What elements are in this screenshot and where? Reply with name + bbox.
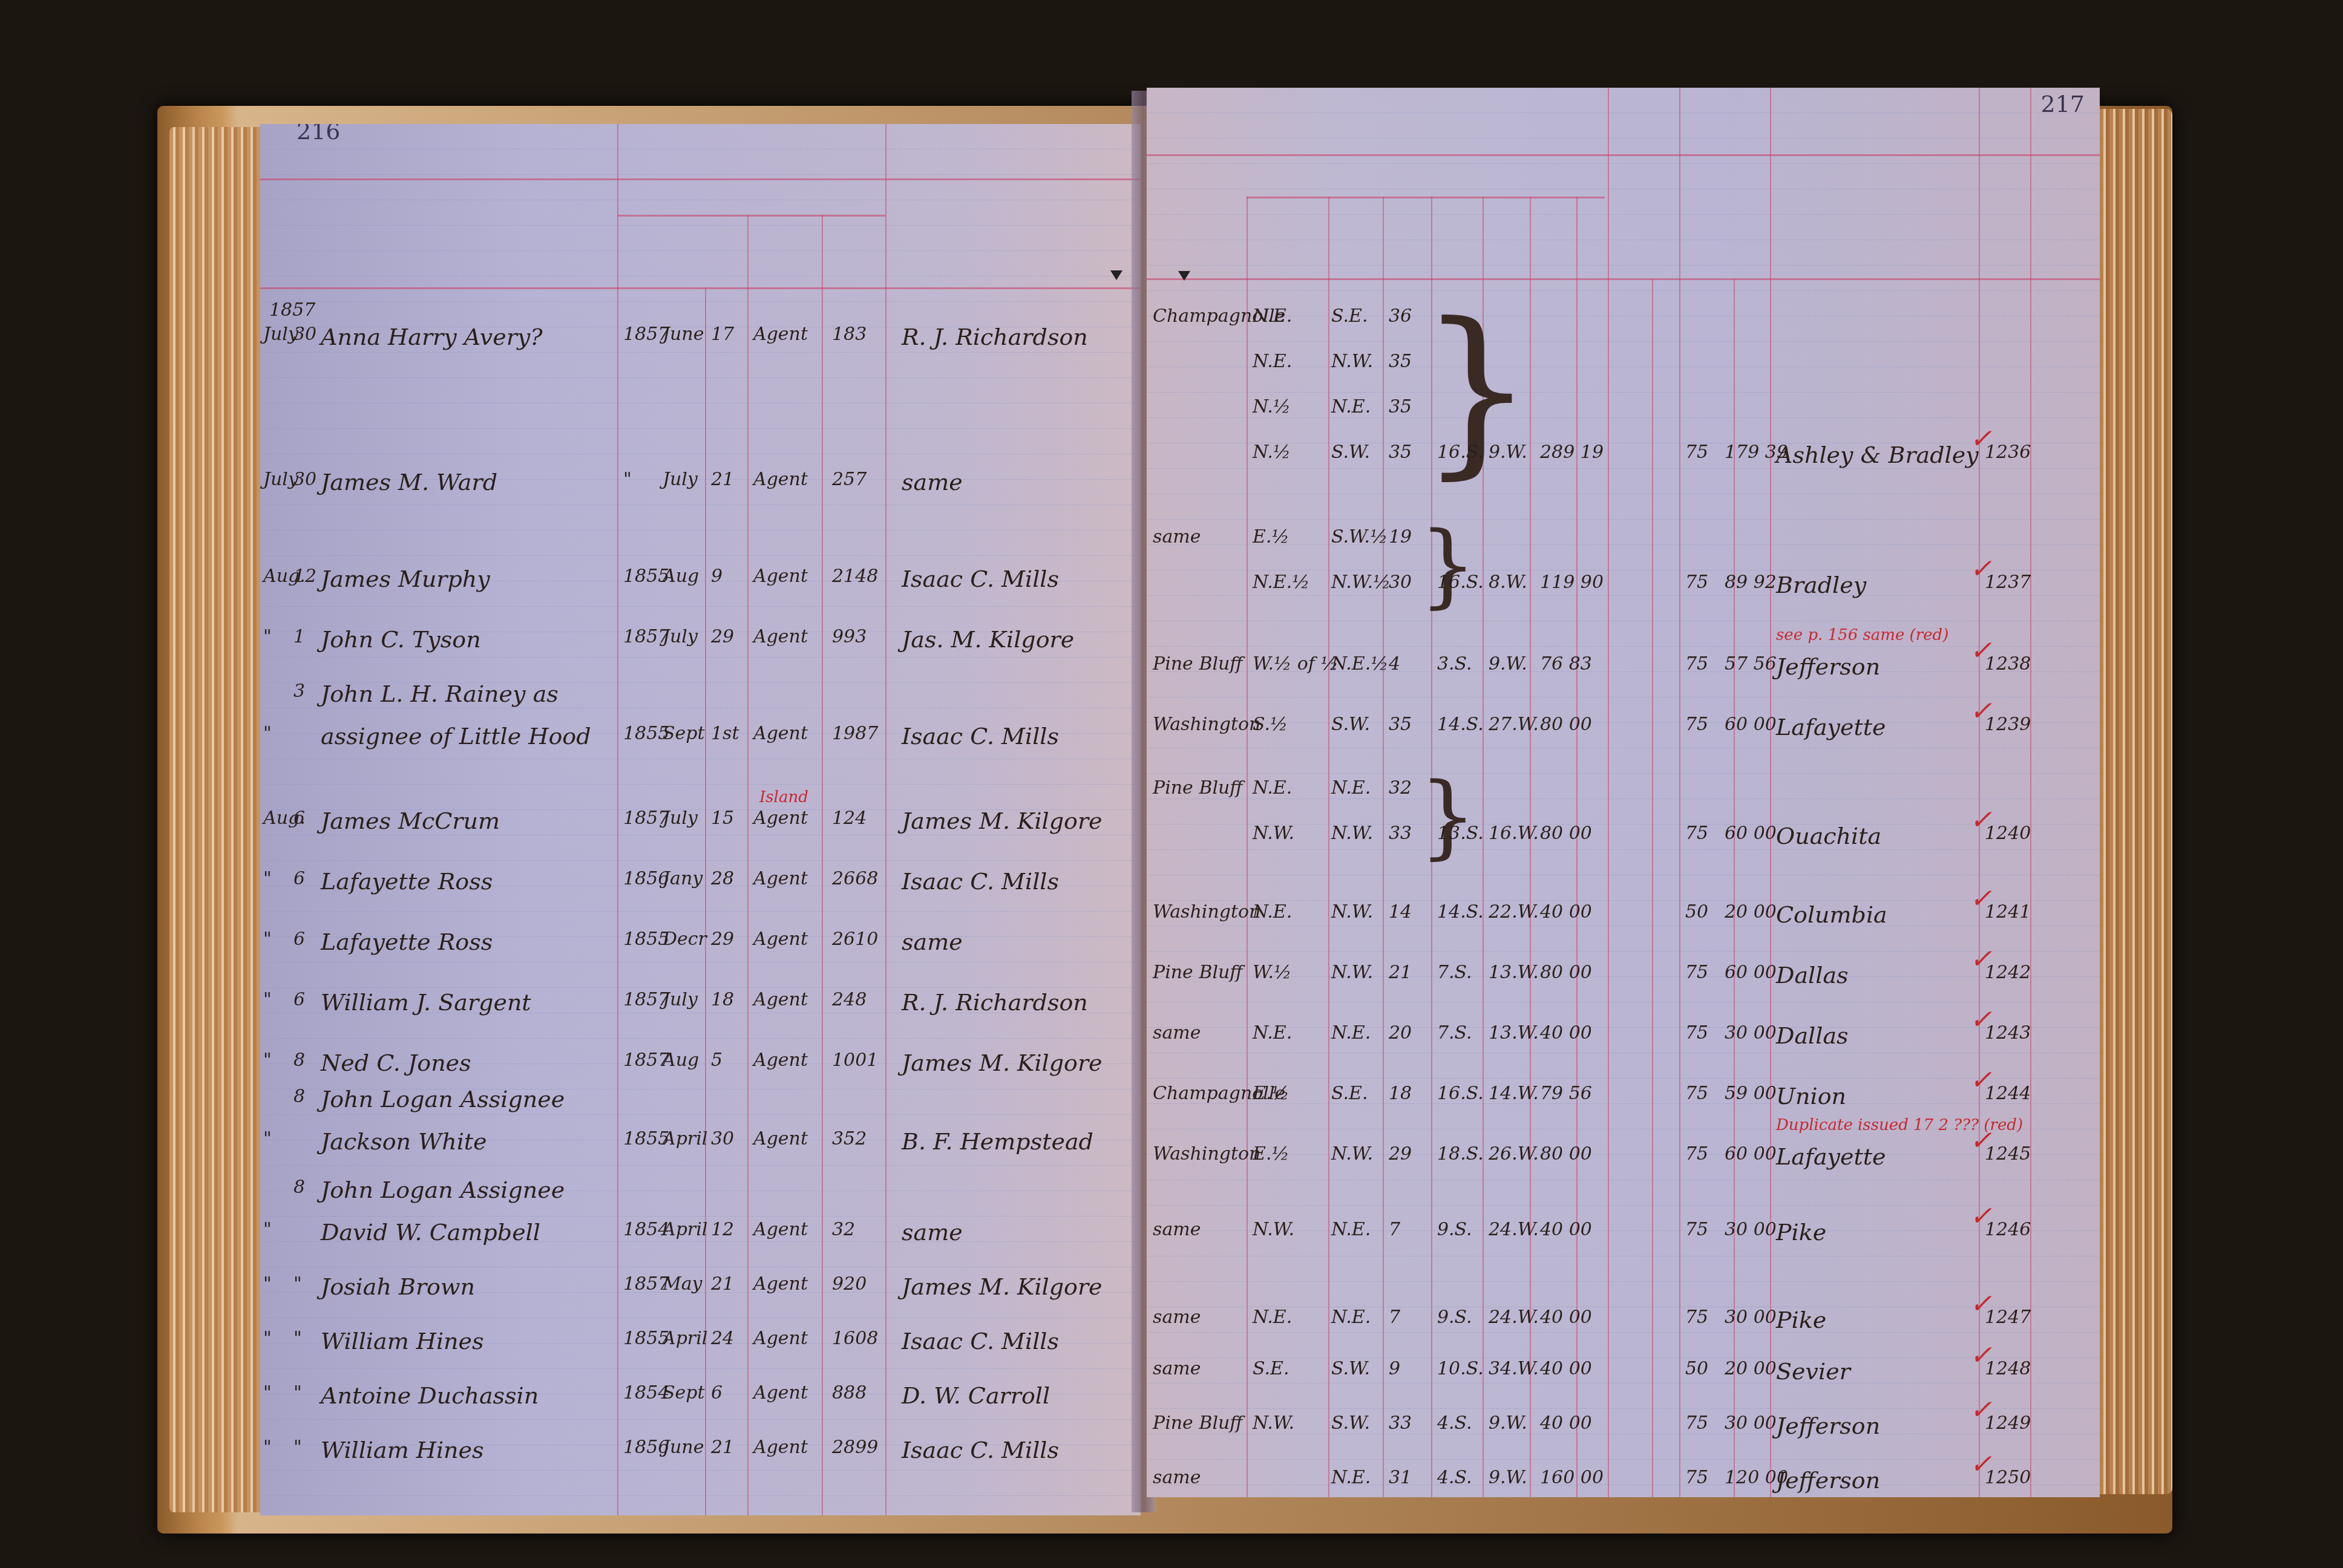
acreage: 40 00 — [1540, 1358, 1592, 1379]
register-name: Isaac C. Mills — [902, 868, 1059, 895]
entry-month: " — [263, 868, 272, 889]
entry-type: Agent — [753, 1328, 808, 1349]
entry-date-day: 15 — [711, 808, 734, 829]
entry-name: William Hines — [321, 1437, 484, 1463]
entry-month: " — [263, 626, 272, 647]
certificate-number: 1001 — [832, 1050, 878, 1071]
section-number: 9 — [1389, 1358, 1400, 1379]
land-office: same — [1153, 526, 1201, 547]
quarter-section: N.W. — [1331, 962, 1373, 983]
price-per-acre: 75 — [1685, 1413, 1708, 1434]
part-of-section: N.E. — [1253, 1307, 1292, 1328]
entry-day: 1 — [293, 626, 305, 647]
entry-date-month: July — [663, 626, 698, 647]
section-number: 14 — [1389, 901, 1412, 923]
column-divider — [1328, 197, 1329, 1497]
entry-name: James M. Ward — [321, 469, 497, 495]
quarter-section: S.W.½ — [1331, 526, 1388, 547]
red-annotation: see p. 156 same (red) — [1776, 626, 1948, 644]
land-office: Pine Bluff — [1153, 1413, 1243, 1434]
acreage: 160 00 — [1540, 1467, 1604, 1488]
part-of-section: S.E. — [1253, 1358, 1289, 1379]
part-of-section: N.E. — [1253, 1022, 1292, 1044]
township: 7.S. — [1437, 1022, 1472, 1044]
acreage: 40 00 — [1540, 1219, 1592, 1240]
certificate-number: 352 — [832, 1128, 867, 1149]
register-name: D. W. Carroll — [902, 1382, 1050, 1409]
entry-type: Agent — [753, 989, 808, 1010]
entry-name: John C. Tyson — [321, 626, 481, 653]
column-divider — [822, 215, 823, 1515]
entry-month: " — [263, 1328, 272, 1349]
entry-date-month: June — [663, 324, 704, 345]
range: 24.W. — [1489, 1219, 1539, 1240]
quarter-section: S.W. — [1331, 442, 1370, 463]
column-divider — [1652, 278, 1653, 1497]
entry-date-day: 9 — [711, 566, 723, 587]
entry-day: " — [293, 1437, 302, 1458]
county: Pike — [1776, 1307, 1826, 1333]
range: 16.W. — [1489, 823, 1539, 844]
range: 9.W. — [1489, 1413, 1527, 1434]
entry-month: " — [263, 1050, 272, 1071]
range: 14.W. — [1489, 1083, 1539, 1104]
header-rule-bottom — [260, 287, 1141, 289]
range: 22.W. — [1489, 901, 1539, 923]
entry-date-day: 6 — [711, 1382, 723, 1403]
price-per-acre: 75 — [1685, 1083, 1708, 1104]
certificate-number: 2148 — [832, 566, 878, 587]
register-name: R. J. Richardson — [902, 989, 1088, 1016]
township: 13.S. — [1437, 823, 1484, 844]
entry-date-month: Sept — [663, 1382, 705, 1403]
acreage: 40 00 — [1540, 1307, 1592, 1328]
quarter-section: N.E. — [1331, 777, 1371, 799]
land-office: same — [1153, 1307, 1201, 1328]
entry-month: " — [263, 723, 272, 744]
price-per-acre: 75 — [1685, 714, 1708, 735]
section-number: 33 — [1389, 1413, 1412, 1434]
entry-date-month: May — [663, 1273, 703, 1295]
range: 9.W. — [1489, 442, 1527, 463]
entry-date-month: Sept — [663, 723, 705, 744]
price-per-acre: 75 — [1685, 442, 1708, 463]
check-mark-icon: ✓ — [1970, 1289, 1992, 1319]
township: 14.S. — [1437, 901, 1484, 923]
section-number: 33 — [1389, 823, 1412, 844]
entry-month: " — [263, 929, 272, 950]
purchase-amount: 30 00 — [1725, 1413, 1777, 1434]
section-number: 30 — [1389, 572, 1412, 593]
quarter-section: N.W. — [1331, 901, 1373, 923]
acreage: 79 56 — [1540, 1083, 1592, 1104]
county: Pike — [1776, 1219, 1826, 1246]
price-per-acre: 50 — [1685, 901, 1708, 923]
section-number: 18 — [1389, 1083, 1412, 1104]
price-per-acre: 75 — [1685, 1143, 1708, 1165]
section-number: 4 — [1389, 653, 1400, 675]
certificate-number: 124 — [832, 808, 867, 829]
register-name: Isaac C. Mills — [902, 1328, 1059, 1354]
row-marker-icon — [1178, 271, 1190, 281]
certificate-number: 257 — [832, 469, 867, 490]
land-office: same — [1153, 1467, 1201, 1488]
register-name: same — [902, 469, 963, 495]
entry-date-month: July — [663, 989, 698, 1010]
entry-name: Lafayette Ross — [321, 868, 493, 895]
entry-name: James McCrum — [321, 808, 500, 834]
entry-month: " — [263, 989, 272, 1010]
township: 18.S. — [1437, 1143, 1484, 1165]
part-of-section: N.E.½ — [1253, 572, 1309, 593]
certificate-number: 993 — [832, 626, 867, 647]
entry-name: Ned C. Jones — [321, 1050, 471, 1076]
entry-type: Agent — [753, 566, 808, 587]
county: Union — [1776, 1083, 1846, 1109]
quarter-section: N.E.½ — [1331, 653, 1388, 675]
certificate-number: 920 — [832, 1273, 867, 1295]
purchase-amount: 20 00 — [1725, 1358, 1777, 1379]
entry-date-day: 24 — [711, 1328, 734, 1349]
quarter-section: N.W. — [1331, 823, 1373, 844]
entry-date-day: 30 — [711, 1128, 734, 1149]
section-number: 35 — [1389, 351, 1412, 372]
certificate-number: 1608 — [832, 1328, 878, 1349]
acreage: 40 00 — [1540, 1022, 1592, 1044]
register-name: same — [902, 1219, 963, 1246]
range: 8.W. — [1489, 572, 1527, 593]
price-per-acre: 75 — [1685, 572, 1708, 593]
check-mark-icon: ✓ — [1970, 1449, 1992, 1480]
county: Jefferson — [1776, 1467, 1880, 1494]
entry-date-day: 28 — [711, 868, 734, 889]
part-of-section: N.W. — [1253, 1413, 1294, 1434]
purchase-amount: 60 00 — [1725, 962, 1777, 983]
range: 9.W. — [1489, 653, 1527, 675]
price-per-acre: 75 — [1685, 1219, 1708, 1240]
check-mark-icon: ✓ — [1970, 696, 1992, 727]
right-page: 217 ChampagnolleN.E.S.E.36N.E.N.W.35N.½N… — [1147, 88, 2100, 1497]
entry-type: Agent — [753, 723, 808, 744]
township: 4.S. — [1437, 1467, 1472, 1488]
register-name: B. F. Hempstead — [902, 1128, 1093, 1155]
entry-month: " — [263, 1273, 272, 1295]
entry-type: Agent — [753, 1050, 808, 1071]
township: 4.S. — [1437, 1413, 1472, 1434]
register-name: Isaac C. Mills — [902, 566, 1059, 592]
entry-name: Anna Harry Avery? — [321, 324, 543, 350]
right-page-edges — [2100, 109, 2172, 1494]
acreage: 80 00 — [1540, 823, 1592, 844]
quarter-section: S.E. — [1331, 1083, 1368, 1104]
section-number: 7 — [1389, 1307, 1400, 1328]
check-mark-icon: ✓ — [1970, 1201, 1992, 1232]
purchase-amount: 30 00 — [1725, 1307, 1777, 1328]
purchase-amount: 20 00 — [1725, 901, 1777, 923]
part-of-section: N.E. — [1253, 901, 1292, 923]
county: Jefferson — [1776, 1413, 1880, 1439]
entry-date-month: June — [663, 1437, 704, 1458]
section-number: 19 — [1389, 526, 1412, 547]
entry-month: " — [263, 1219, 272, 1240]
check-mark-icon: ✓ — [1970, 1065, 1992, 1096]
entry-name-line2: Jackson White — [321, 1128, 487, 1155]
entry-date-day: 12 — [711, 1219, 734, 1240]
page-number-right: 217 — [2040, 91, 2085, 117]
column-divider — [2030, 88, 2031, 1497]
entry-day: 3 — [293, 681, 305, 702]
entry-name: William J. Sargent — [321, 989, 531, 1016]
check-mark-icon: ✓ — [1970, 635, 1992, 666]
entry-type: Agent — [753, 929, 808, 950]
certificate-number: 248 — [832, 989, 867, 1010]
row-marker-icon — [1110, 270, 1122, 280]
entry-date-day: 21 — [711, 1437, 734, 1458]
part-of-section: S.½ — [1253, 714, 1288, 735]
check-mark-icon: ✓ — [1970, 554, 1992, 584]
range: 26.W. — [1489, 1143, 1539, 1165]
left-page-edges — [169, 127, 260, 1512]
entry-month: " — [263, 1382, 272, 1403]
entry-name: James Murphy — [321, 566, 490, 592]
entry-name: John Logan Assignee — [321, 1177, 565, 1203]
acreage: 76 83 — [1540, 653, 1592, 675]
entry-type: Agent — [753, 469, 808, 490]
quarter-section: S.W. — [1331, 1413, 1370, 1434]
brace-glyph: } — [1419, 771, 1476, 862]
check-mark-icon: ✓ — [1970, 1394, 1992, 1425]
township: 10.S. — [1437, 1358, 1484, 1379]
register-name: Isaac C. Mills — [902, 1437, 1059, 1463]
entry-type: Agent — [753, 808, 808, 829]
quarter-section: S.W. — [1331, 714, 1370, 735]
entry-type: Agent — [753, 868, 808, 889]
quarter-section: N.E. — [1331, 1307, 1371, 1328]
column-divider — [1608, 88, 1609, 1497]
entry-date-month: Aug — [663, 566, 699, 587]
entry-type: Agent — [753, 1273, 808, 1295]
acreage: 80 00 — [1540, 962, 1592, 983]
entry-date-day: 29 — [711, 626, 734, 647]
county: Ouachita — [1776, 823, 1881, 849]
section-number: 21 — [1389, 962, 1412, 983]
certificate-number: 2610 — [832, 929, 878, 950]
purchase-amount: 30 00 — [1725, 1219, 1777, 1240]
range: 13.W. — [1489, 1022, 1539, 1044]
part-of-section: N.E. — [1253, 305, 1292, 327]
entry-day: 6 — [293, 868, 305, 889]
entry-day: 30 — [293, 469, 316, 490]
entry-date-month: April — [663, 1219, 707, 1240]
header-rule-top — [1147, 154, 2100, 156]
township: 16.S. — [1437, 442, 1484, 463]
acreage: 40 00 — [1540, 1413, 1592, 1434]
township: 3.S. — [1437, 653, 1472, 675]
left-page: 216 July30Anna Harry Avery?1857June17Age… — [260, 124, 1141, 1515]
entry-date-month: Jany — [663, 868, 703, 889]
entry-day: 8 — [293, 1050, 305, 1071]
section-number: 35 — [1389, 442, 1412, 463]
county: Bradley — [1776, 572, 1866, 598]
land-office: same — [1153, 1219, 1201, 1240]
register-name: James M. Kilgore — [902, 808, 1103, 834]
land-office: same — [1153, 1358, 1201, 1379]
quarter-section: N.E. — [1331, 1022, 1371, 1044]
entry-name: Josiah Brown — [321, 1273, 475, 1300]
entry-name: Lafayette Ross — [321, 929, 493, 955]
entry-day: " — [293, 1273, 302, 1295]
entry-date-month: July — [663, 469, 698, 490]
register-name: James M. Kilgore — [902, 1273, 1103, 1300]
column-divider — [1383, 197, 1384, 1497]
entry-day: 6 — [293, 808, 305, 829]
entry-day: 30 — [293, 324, 316, 345]
section-number: 35 — [1389, 396, 1412, 417]
column-divider — [1979, 88, 1980, 1497]
section-number: 29 — [1389, 1143, 1412, 1165]
quarter-section: N.E. — [1331, 396, 1371, 417]
purchase-amount: 30 00 — [1725, 1022, 1777, 1044]
entry-day: " — [293, 1328, 302, 1349]
range: 27.W. — [1489, 714, 1539, 735]
purchase-amount: 89 92 — [1725, 572, 1777, 593]
price-per-acre: 75 — [1685, 823, 1708, 844]
price-per-acre: 75 — [1685, 1467, 1708, 1488]
quarter-section: N.W.½ — [1331, 572, 1391, 593]
check-mark-icon: ✓ — [1970, 1125, 1992, 1156]
entry-date-month: Decr — [663, 929, 707, 950]
entry-month: " — [263, 1437, 272, 1458]
entry-date-month: April — [663, 1328, 707, 1349]
acreage: 80 00 — [1540, 1143, 1592, 1165]
land-office: Pine Bluff — [1153, 653, 1243, 675]
township: 14.S. — [1437, 714, 1484, 735]
part-of-section: W.½ — [1253, 962, 1291, 983]
check-mark-icon: ✓ — [1970, 1004, 1992, 1035]
entry-date-day: 17 — [711, 324, 734, 345]
entry-date-day: 29 — [711, 929, 734, 950]
column-divider — [1576, 197, 1578, 1497]
part-of-section: N.½ — [1253, 396, 1291, 417]
entry-day: 6 — [293, 989, 305, 1010]
certificate-number: 2668 — [832, 868, 878, 889]
entry-name: Antoine Duchassin — [321, 1382, 539, 1409]
header-rule-top — [260, 178, 1141, 180]
county: Jefferson — [1776, 653, 1880, 680]
part-of-section: E.½ — [1253, 526, 1289, 547]
entry-name-line2: David W. Campbell — [321, 1219, 540, 1246]
year-note: 1857 — [269, 299, 315, 321]
county: Lafayette — [1776, 1143, 1886, 1170]
column-divider — [747, 215, 749, 1515]
entry-year: " — [623, 469, 632, 490]
check-mark-icon: ✓ — [1970, 944, 1992, 975]
certificate-number: 183 — [832, 324, 867, 345]
certificate-number: 888 — [832, 1382, 867, 1403]
price-per-acre: 75 — [1685, 653, 1708, 675]
entry-date-day: 18 — [711, 989, 734, 1010]
township: 9.S. — [1437, 1307, 1472, 1328]
header-subrule — [1247, 197, 1605, 198]
range: 13.W. — [1489, 962, 1539, 983]
part-of-section: N.W. — [1253, 823, 1294, 844]
county: Dallas — [1776, 962, 1849, 988]
entry-type-note: Island — [759, 788, 808, 806]
entry-date-day: 1st — [711, 723, 739, 744]
column-divider — [1770, 88, 1771, 1497]
entry-date-month: July — [663, 808, 698, 829]
check-mark-icon: ✓ — [1970, 883, 1992, 914]
entry-day: 12 — [293, 566, 316, 587]
part-of-section: N.½ — [1253, 442, 1291, 463]
check-mark-icon: ✓ — [1970, 423, 1992, 454]
range: 9.W. — [1489, 1467, 1527, 1488]
county: Ashley & Bradley — [1776, 442, 1979, 468]
purchase-amount: 60 00 — [1725, 714, 1777, 735]
entry-date-month: April — [663, 1128, 707, 1149]
entry-date-day: 21 — [711, 469, 734, 490]
entry-date-month: Aug — [663, 1050, 699, 1071]
part-of-section: E.½ — [1253, 1143, 1289, 1165]
entry-day: 8 — [293, 1086, 305, 1107]
column-divider — [1247, 197, 1248, 1497]
column-divider — [617, 124, 618, 1515]
land-office: Washington — [1153, 1143, 1260, 1165]
entry-day: 8 — [293, 1177, 305, 1198]
entry-day: " — [293, 1382, 302, 1403]
part-of-section: N.W. — [1253, 1219, 1294, 1240]
price-per-acre: 75 — [1685, 962, 1708, 983]
part-of-section: N.E. — [1253, 777, 1292, 799]
part-of-section: E.½ — [1253, 1083, 1289, 1104]
county: Lafayette — [1776, 714, 1886, 740]
entry-name-line2: assignee of Little Hood — [321, 723, 591, 750]
acreage: 119 90 — [1540, 572, 1604, 593]
entry-day: 6 — [293, 929, 305, 950]
entry-type: Agent — [753, 1219, 808, 1240]
column-divider — [885, 124, 886, 1515]
entry-date-day: 5 — [711, 1050, 723, 1071]
section-number: 35 — [1389, 714, 1412, 735]
brace-glyph: } — [1419, 520, 1476, 611]
certificate-number: 1987 — [832, 723, 878, 744]
entry-date-day: 21 — [711, 1273, 734, 1295]
price-per-acre: 75 — [1685, 1307, 1708, 1328]
entry-type: Agent — [753, 626, 808, 647]
quarter-section: N.E. — [1331, 1467, 1371, 1488]
entry-type: Agent — [753, 1437, 808, 1458]
purchase-amount: 60 00 — [1725, 1143, 1777, 1165]
section-number: 36 — [1389, 305, 1412, 327]
purchase-amount: 60 00 — [1725, 823, 1777, 844]
acreage: 80 00 — [1540, 714, 1592, 735]
register-name: James M. Kilgore — [902, 1050, 1103, 1076]
register-name: same — [902, 929, 963, 955]
section-number: 20 — [1389, 1022, 1412, 1044]
part-of-section: N.E. — [1253, 351, 1292, 372]
township: 9.S. — [1437, 1219, 1472, 1240]
header-subrule — [617, 215, 885, 217]
page-number-left: 216 — [297, 124, 341, 145]
register-name: R. J. Richardson — [902, 324, 1088, 350]
register-name: Isaac C. Mills — [902, 723, 1059, 750]
entry-type: Agent — [753, 324, 808, 345]
quarter-section: S.E. — [1331, 305, 1368, 327]
entry-name: William Hines — [321, 1328, 484, 1354]
quarter-section: N.W. — [1331, 351, 1373, 372]
purchase-amount: 57 56 — [1725, 653, 1777, 675]
land-office: Washington — [1153, 714, 1260, 735]
